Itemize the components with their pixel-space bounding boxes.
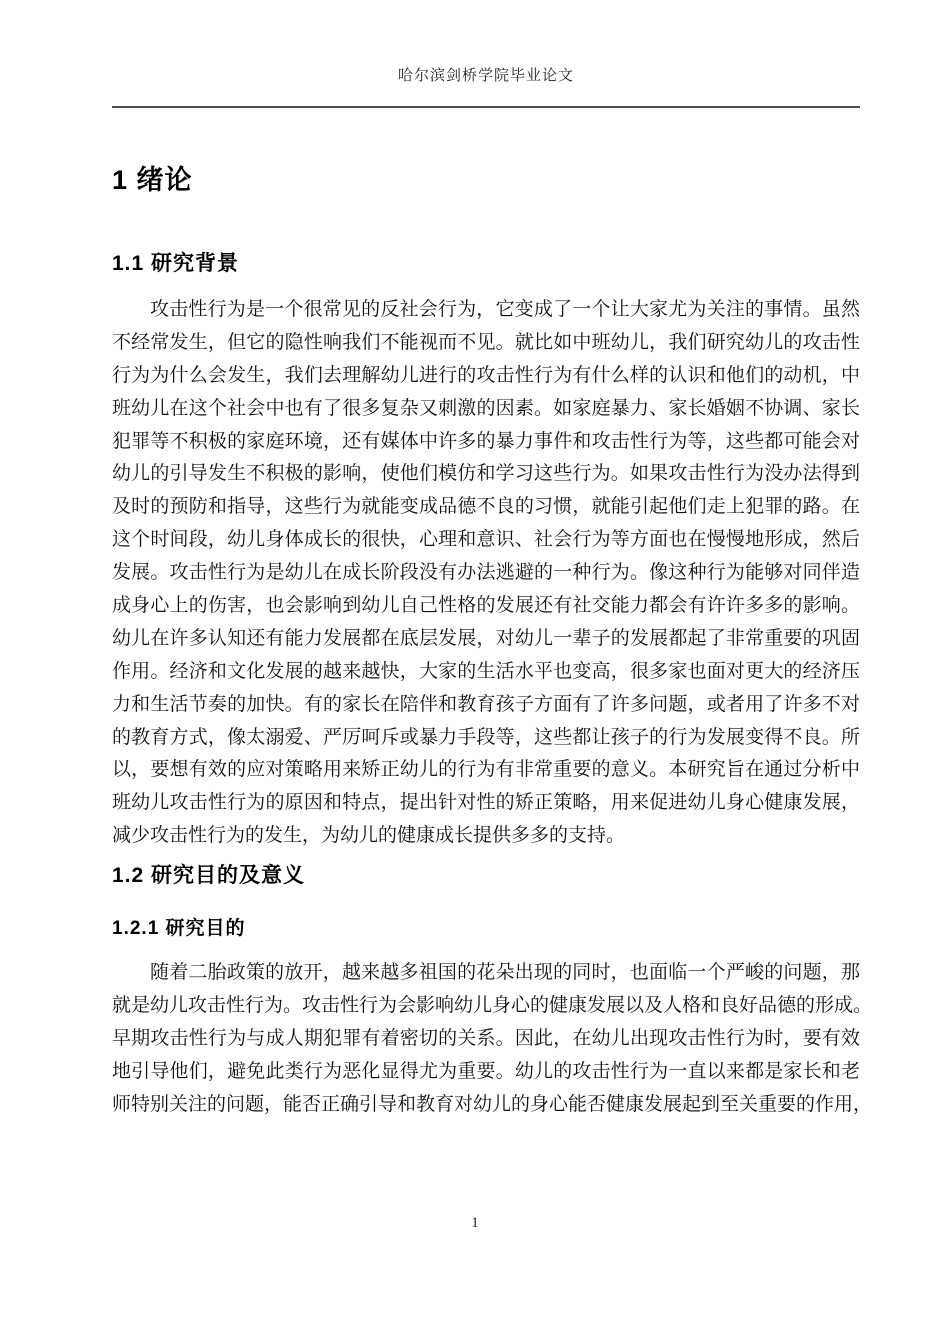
text-line: 成身心上的伤害，也会影响到幼儿自己性格的发展还有社交能力都会有许许多多的影响。 bbox=[112, 590, 860, 623]
text-line: 早期攻击性行为与成人期犯罪有着密切的关系。因此，在幼儿出现攻击性行为时，要有效 bbox=[112, 1023, 860, 1056]
running-header: 哈尔滨剑桥学院毕业论文 bbox=[112, 64, 860, 85]
text-line: 力和生活节奏的加快。有的家长在陪伴和教育孩子方面有了许多问题，或者用了许多不对 bbox=[112, 689, 860, 722]
text-line: 幼儿在许多认知还有能力发展都在底层发展，对幼儿一辈子的发展都起了非常重要的巩固 bbox=[112, 623, 860, 656]
text-line: 师特别关注的问题，能否正确引导和教育对幼儿的身心能否健康发展起到至关重要的作用， bbox=[112, 1089, 860, 1122]
page-number: 1 bbox=[0, 1215, 950, 1232]
text-line: 减少攻击性行为的发生，为幼儿的健康成长提供多多的支持。 bbox=[112, 820, 860, 853]
text-line: 发展。攻击性行为是幼儿在成长阶段没有办法逃避的一种行为。像这种行为能够对同伴造 bbox=[112, 557, 860, 590]
text-line: 的教育方式，像太溺爱、严厉呵斥或暴力手段等，这些都让孩子的行为发展变得不良。所 bbox=[112, 722, 860, 755]
text-line: 班幼儿在这个社会中也有了很多复杂又刺激的因素。如家庭暴力、家长婚姻不协调、家长 bbox=[112, 393, 860, 426]
text-line: 攻击性行为是一个很常见的反社会行为，它变成了一个让大家尤为关注的事情。虽然 bbox=[112, 294, 860, 327]
text-line: 及时的预防和指导，这些行为就能变成品德不良的习惯，就能引起他们走上犯罪的路。在 bbox=[112, 491, 860, 524]
paragraph-research-purpose: 随着二胎政策的放开，越来越多祖国的花朵出现的同时，也面临一个严峻的问题，那就是幼… bbox=[112, 957, 860, 1121]
text-line: 作用。经济和文化发展的越来越快，大家的生活水平也变高，很多家也面对更大的经济压 bbox=[112, 656, 860, 689]
text-line: 地引导他们，避免此类行为恶化显得尤为重要。幼儿的攻击性行为一直以来都是家长和老 bbox=[112, 1056, 860, 1089]
section-title-purpose-and-significance: 1.2 研究目的及意义 bbox=[112, 859, 860, 889]
page-content: 1 绪论 1.1 研究背景 攻击性行为是一个很常见的反社会行为，它变成了一个让大… bbox=[112, 108, 860, 1122]
text-line: 行为为什么会发生，我们去理解幼儿进行的攻击性行为有什么样的认识和他们的动机，中 bbox=[112, 360, 860, 393]
chapter-title: 1 绪论 bbox=[112, 158, 860, 197]
text-line: 班幼儿攻击性行为的原因和特点，提出针对性的矫正策略，用来促进幼儿身心健康发展， bbox=[112, 787, 860, 820]
text-line: 不经常发生，但它的隐性响我们不能视而不见。就比如中班幼儿，我们研究幼儿的攻击性 bbox=[112, 327, 860, 360]
text-line: 随着二胎政策的放开，越来越多祖国的花朵出现的同时，也面临一个严峻的问题，那 bbox=[112, 957, 860, 990]
text-line: 这个时间段，幼儿身体成长的很快，心理和意识、社会行为等方面也在慢慢地形成，然后 bbox=[112, 524, 860, 557]
text-line: 幼儿的引导发生不积极的影响，使他们模仿和学习这些行为。如果攻击性行为没办法得到 bbox=[112, 458, 860, 491]
paragraph-research-background: 攻击性行为是一个很常见的反社会行为，它变成了一个让大家尤为关注的事情。虽然不经常… bbox=[112, 294, 860, 853]
subsection-title-research-purpose: 1.2.1 研究目的 bbox=[112, 913, 860, 940]
text-line: 犯罪等不积极的家庭环境，还有媒体中许多的暴力事件和攻击性行为等，这些都可能会对 bbox=[112, 426, 860, 459]
text-line: 以，要想有效的应对策略用来矫正幼儿的行为有非常重要的意义。本研究旨在通过分析中 bbox=[112, 754, 860, 787]
section-title-research-background: 1.1 研究背景 bbox=[112, 247, 860, 277]
thesis-page: { "page": { "running_header": "哈尔滨剑桥学院毕业… bbox=[0, 0, 950, 1344]
text-line: 就是幼儿攻击性行为。攻击性行为会影响幼儿身心的健康发展以及人格和良好品德的形成。 bbox=[112, 990, 860, 1023]
